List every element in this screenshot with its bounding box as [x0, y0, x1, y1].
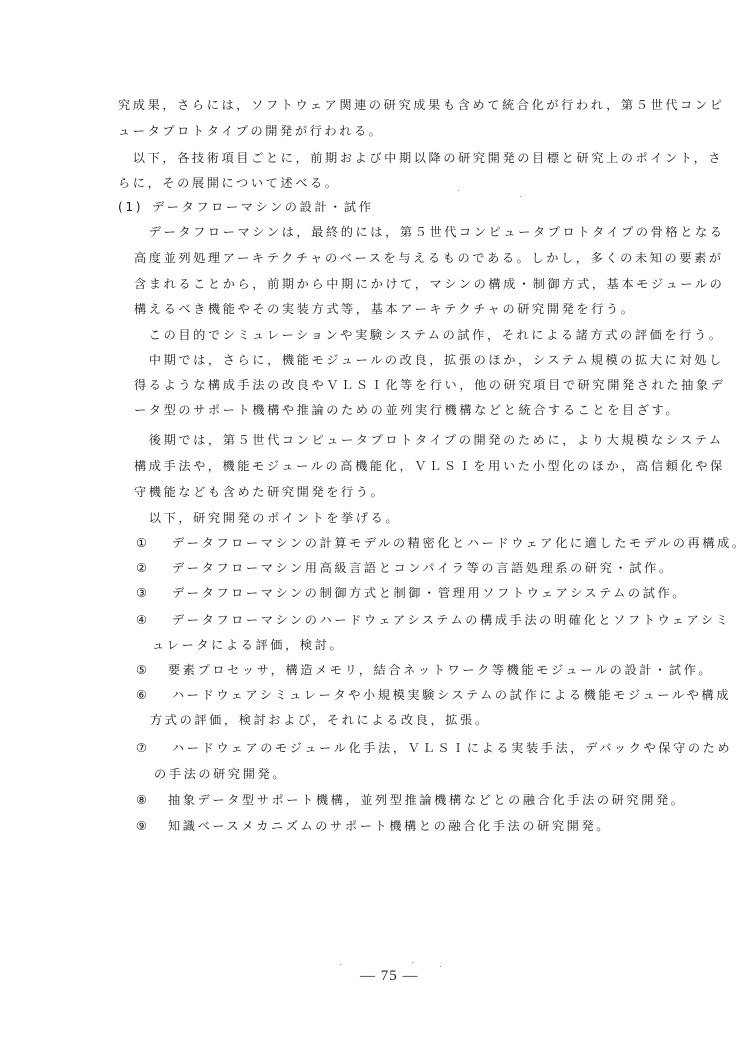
scan-speck: [412, 962, 413, 963]
paragraph-line: 構えるべき機能やその実装方式等，基本アーキテクチャの研究開発を行う。: [134, 301, 636, 317]
point-text: 抽象データ型サポート機構，並列型推論機構などとの融合化手法の研究開発。: [168, 792, 686, 808]
point-text: ハードウェアシミュレータや小規模実験システムの試作による機能モジュールや構成: [172, 687, 731, 703]
scan-speck: [440, 966, 441, 967]
paragraph-line: 構成手法や，機能モジュールの高機能化，ＶＬＳＩを用いた小型化のほか，高信頼化や保: [134, 458, 725, 474]
point-text: データフローマシン用高級言語とコンパイラ等の言語処理系の研究・試作。: [172, 560, 674, 576]
paragraph-line: この目的でシミュレーションや実験システムの試作，それによる諸方式の評価を行う。: [134, 327, 724, 343]
point-text: の手法の研究開発。: [154, 766, 287, 782]
point-marker: ④: [136, 612, 150, 628]
intro-line: ュータプロトタイプの開発が行われる。: [118, 123, 384, 139]
point-text: データフローマシンの計算モデルの精密化とハードウェア化に適したモデルの再構成。: [172, 535, 747, 551]
point-text: データフローマシンの制御方式と制御・管理用ソフトウェアシステムの試作。: [172, 585, 687, 601]
point-marker: ③: [136, 585, 150, 601]
section-number: (1): [118, 199, 143, 215]
page-number: — 75 —: [360, 968, 419, 985]
point-text: 知識ベースメカニズムのサポート機構との融合化手法の研究開発。: [168, 818, 611, 834]
point-text: データフローマシンのハードウェアシステムの構成手法の明確化とソフトウェアシミ: [172, 612, 730, 628]
intro-line: 究成果，さらには，ソフトウェア関連の研究成果も含めて統合化が行われ，第５世代コン…: [118, 97, 725, 113]
point-marker: ⑤: [136, 662, 150, 678]
intro-line: らに，その展開について述べる。: [118, 175, 340, 191]
point-marker: ⑥: [136, 687, 150, 703]
paragraph-line: ータ型のサポート機構や推論のための並列実行機構などと統合することを目ざす。: [134, 402, 680, 418]
section-title: データフローマシンの設計・試作: [152, 199, 374, 215]
paragraph-line: データフローマシンは，最終的には，第５世代コンピュータプロトタイプの骨格となる: [134, 224, 725, 240]
scan-speck: [458, 190, 459, 191]
point-marker: ⑨: [136, 818, 150, 834]
scan-speck: [520, 196, 521, 197]
point-text: 方式の評価，検討および，それによる改良，拡張。: [150, 712, 490, 728]
point-text: 要素プロセッサ，構造メモリ，結合ネットワーク等機能モジュールの設計・試作。: [168, 662, 713, 678]
point-marker: ⑧: [136, 792, 150, 808]
paragraph-line: 後期では，第５世代コンピュータプロトタイプの開発のために，より大規模なシステム: [134, 432, 724, 448]
intro-line: 以下，各技術項目ごとに，前期および中期以降の研究開発の目標と研究上のポイント，さ: [118, 150, 723, 166]
paragraph-line: 含まれることから，前期から中期にかけて，マシンの構成・制御方式，基本モジュールの: [134, 276, 724, 292]
paragraph-line: 高度並列処理アーキテクチャのベースを与えるものである。しかし，多くの未知の要素が: [134, 250, 724, 266]
point-marker: ①: [136, 535, 150, 551]
point-text: ハードウェアのモジュール化手法，ＶＬＳＩによる実装手法，デバックや保守のため: [172, 740, 732, 756]
paragraph-line: 中期では，さらに，機能モジュールの改良，拡張のほか，システム規模の拡大に対処し: [134, 352, 724, 368]
paragraph-line: 守機能なども含めた研究開発を行う。: [134, 484, 385, 500]
scan-speck: [340, 964, 341, 965]
point-marker: ⑦: [136, 740, 150, 756]
paragraph-line: 以下，研究開発のポイントを挙げる。: [134, 510, 400, 526]
paragraph-line: 得るような構成手法の改良やＶＬＳＩ化等を行い，他の研究項目で研究開発された抽象デ: [134, 377, 726, 393]
point-text: ュレータによる評価，検討。: [152, 637, 344, 653]
point-marker: ②: [136, 560, 150, 576]
